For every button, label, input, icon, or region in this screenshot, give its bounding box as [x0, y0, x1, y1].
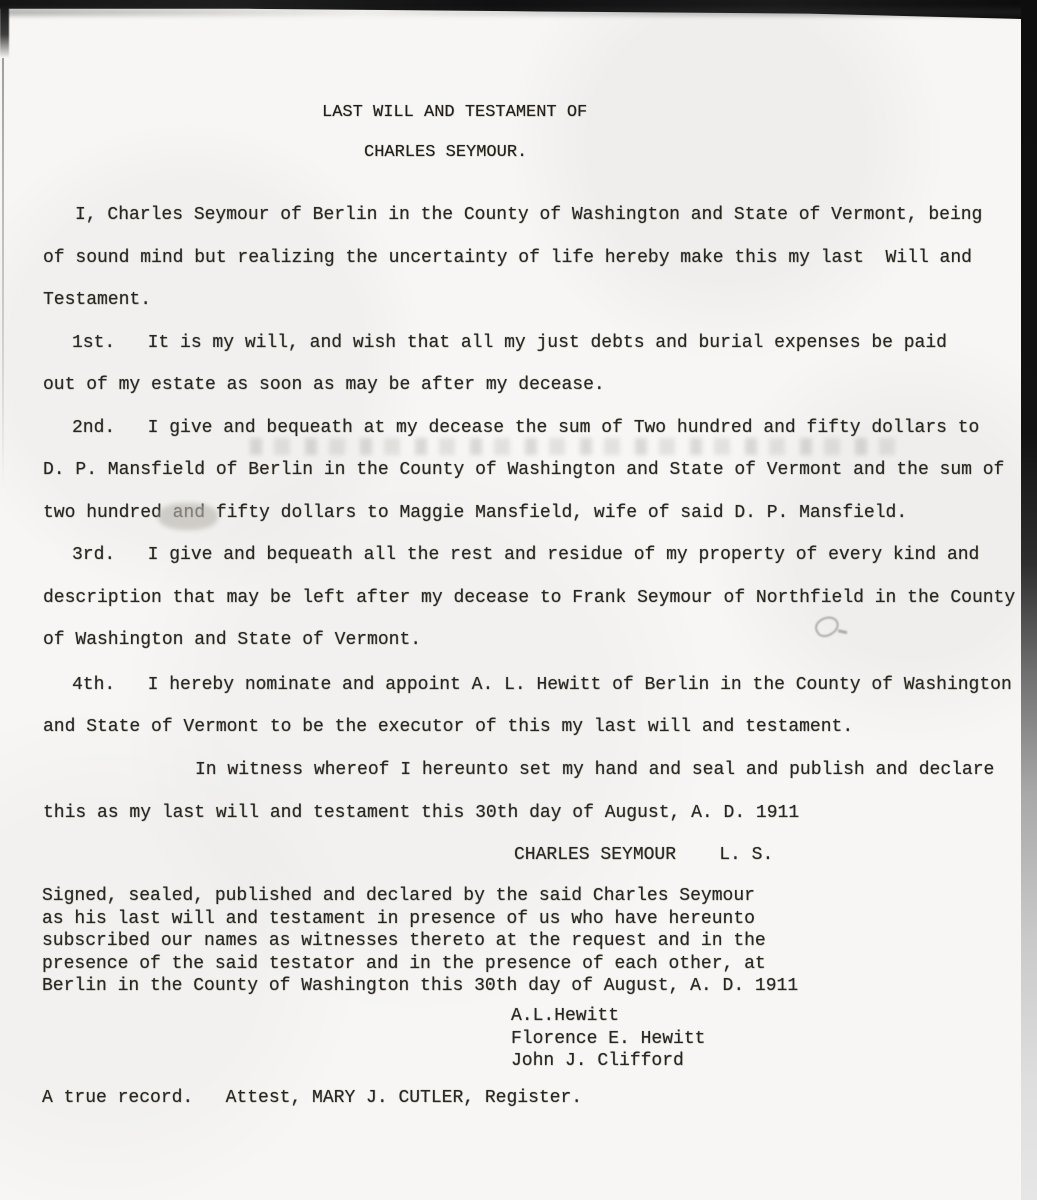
paper-watermark-mark — [812, 612, 842, 640]
clause-third-line-1: 3rd. I give and bequeath all the rest an… — [72, 543, 979, 567]
witness-signature-2: Florence E. Hewitt — [511, 1027, 705, 1051]
attestation-line-3: subscribed our names as witnesses theret… — [42, 929, 766, 953]
clause-second-line-2: D. P. Mansfield of Berlin in the County … — [43, 458, 1004, 482]
clause-second-line-1: 2nd. I give and bequeath at my decease t… — [72, 416, 979, 440]
clause-third-line-3: of Washington and State of Vermont. — [43, 628, 421, 652]
opening-line-1: I, Charles Seymour of Berlin in the Coun… — [75, 203, 982, 227]
attestation-line-2: as his last will and testament in presen… — [42, 907, 755, 931]
opening-line-2: of sound mind but realizing the uncertai… — [43, 246, 972, 270]
clause-first-line-2: out of my estate as soon as may be after… — [43, 373, 605, 397]
witness-signature-1: A.L.Hewitt — [511, 1004, 619, 1028]
attestation-line-5: Berlin in the County of Washington this … — [42, 974, 798, 998]
title-line-2: CHARLES SEYMOUR. — [364, 141, 527, 165]
clause-fourth-line-2: and State of Vermont to be the executor … — [43, 715, 853, 739]
scan-edge-top-fuzz — [0, 8, 1037, 16]
clause-third-line-2: description that may be left after my de… — [43, 586, 1015, 610]
attestation-line-4: presence of the said testator and in the… — [42, 952, 766, 976]
attestation-line-1: Signed, sealed, published and declared b… — [42, 884, 755, 908]
faded-ink-smudge — [158, 503, 218, 530]
scan-edge-left — [2, 58, 4, 488]
scan-edge-right — [1021, 0, 1037, 1200]
testimonium-line-2: this as my last will and testament this … — [43, 801, 799, 825]
clause-first-line-1: 1st. It is my will, and wish that all my… — [72, 331, 947, 355]
testator-signature: CHARLES SEYMOUR L. S. — [514, 843, 773, 867]
scanned-will-page: LAST WILL AND TESTAMENT OF CHARLES SEYMO… — [0, 0, 1037, 1200]
title-line-1: LAST WILL AND TESTAMENT OF — [322, 101, 587, 125]
record-attest-line: A true record. Attest, MARY J. CUTLER, R… — [42, 1086, 582, 1110]
testimonium-line-1: In witness whereof I hereunto set my han… — [195, 758, 994, 782]
opening-line-3: Testament. — [43, 288, 151, 312]
scan-corner-mark — [0, 6, 9, 58]
clause-fourth-line-1: 4th. I hereby nominate and appoint A. L.… — [72, 673, 1012, 697]
witness-signature-3: John J. Clifford — [511, 1049, 684, 1073]
ghost-text-smudge — [250, 438, 910, 455]
